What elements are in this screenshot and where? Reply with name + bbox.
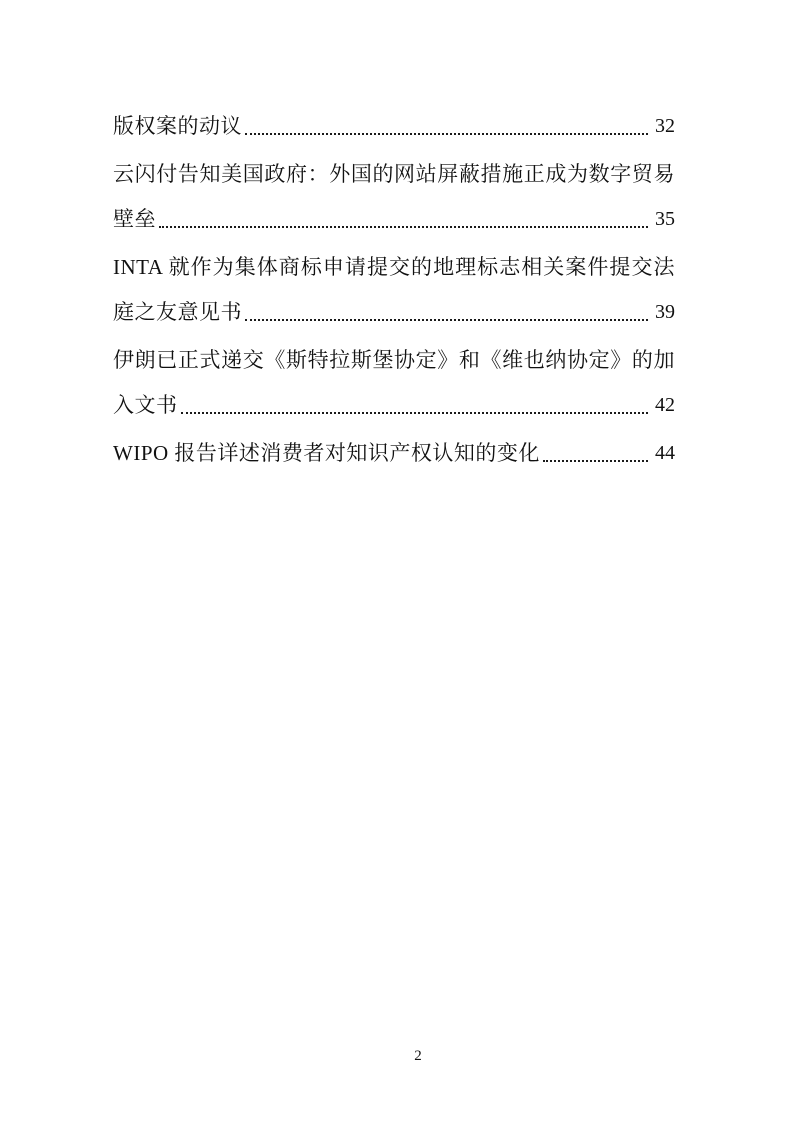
toc-list: 版权案的动议 32 云闪付告知美国政府：外国的网站屏蔽措施正成为数字贸易 壁垒 … <box>113 104 675 479</box>
toc-entry-line: 入文书 42 <box>113 383 675 428</box>
toc-entry-title: 入文书 <box>113 383 178 428</box>
toc-entry-page-number: 35 <box>655 197 675 242</box>
toc-entry: INTA 就作为集体商标申请提交的地理标志相关案件提交法 庭之友意见书 39 <box>113 245 675 335</box>
toc-entry: WIPO 报告详述消费者对知识产权认知的变化 44 <box>113 431 675 476</box>
document-page: 版权案的动议 32 云闪付告知美国政府：外国的网站屏蔽措施正成为数字贸易 壁垒 … <box>0 0 793 1122</box>
dot-leader <box>156 197 655 242</box>
toc-entry-page-number: 32 <box>655 104 675 149</box>
toc-entry-line: WIPO 报告详述消费者对知识产权认知的变化 44 <box>113 431 675 476</box>
toc-entry: 云闪付告知美国政府：外国的网站屏蔽措施正成为数字贸易 壁垒 35 <box>113 152 675 242</box>
toc-entry-title: 版权案的动议 <box>113 104 242 149</box>
page-footer: 2 <box>0 1046 793 1066</box>
toc-entry-page-number: 44 <box>655 431 675 476</box>
toc-entry-line: 庭之友意见书 39 <box>113 290 675 335</box>
toc-entry: 版权案的动议 32 <box>113 104 675 149</box>
toc-entry-line: 版权案的动议 32 <box>113 104 675 149</box>
toc-entry: 伊朗已正式递交《斯特拉斯堡协定》和《维也纳协定》的加 入文书 42 <box>113 338 675 428</box>
dot-leader <box>178 383 656 428</box>
toc-entry-page-number: 42 <box>655 383 675 428</box>
toc-entry-title: 庭之友意见书 <box>113 290 242 335</box>
toc-entry-title: WIPO 报告详述消费者对知识产权认知的变化 <box>113 431 540 476</box>
dot-leader <box>242 290 655 335</box>
toc-entry-line: 云闪付告知美国政府：外国的网站屏蔽措施正成为数字贸易 <box>113 152 675 197</box>
toc-entry-line: INTA 就作为集体商标申请提交的地理标志相关案件提交法 <box>113 245 675 290</box>
toc-entry-line: 壁垒 35 <box>113 197 675 242</box>
toc-entry-line: 伊朗已正式递交《斯特拉斯堡协定》和《维也纳协定》的加 <box>113 338 675 383</box>
dot-leader <box>242 104 655 149</box>
toc-entry-title: 壁垒 <box>113 197 156 242</box>
toc-entry-page-number: 39 <box>655 290 675 335</box>
page-number: 2 <box>414 1048 422 1064</box>
dot-leader <box>540 431 655 476</box>
